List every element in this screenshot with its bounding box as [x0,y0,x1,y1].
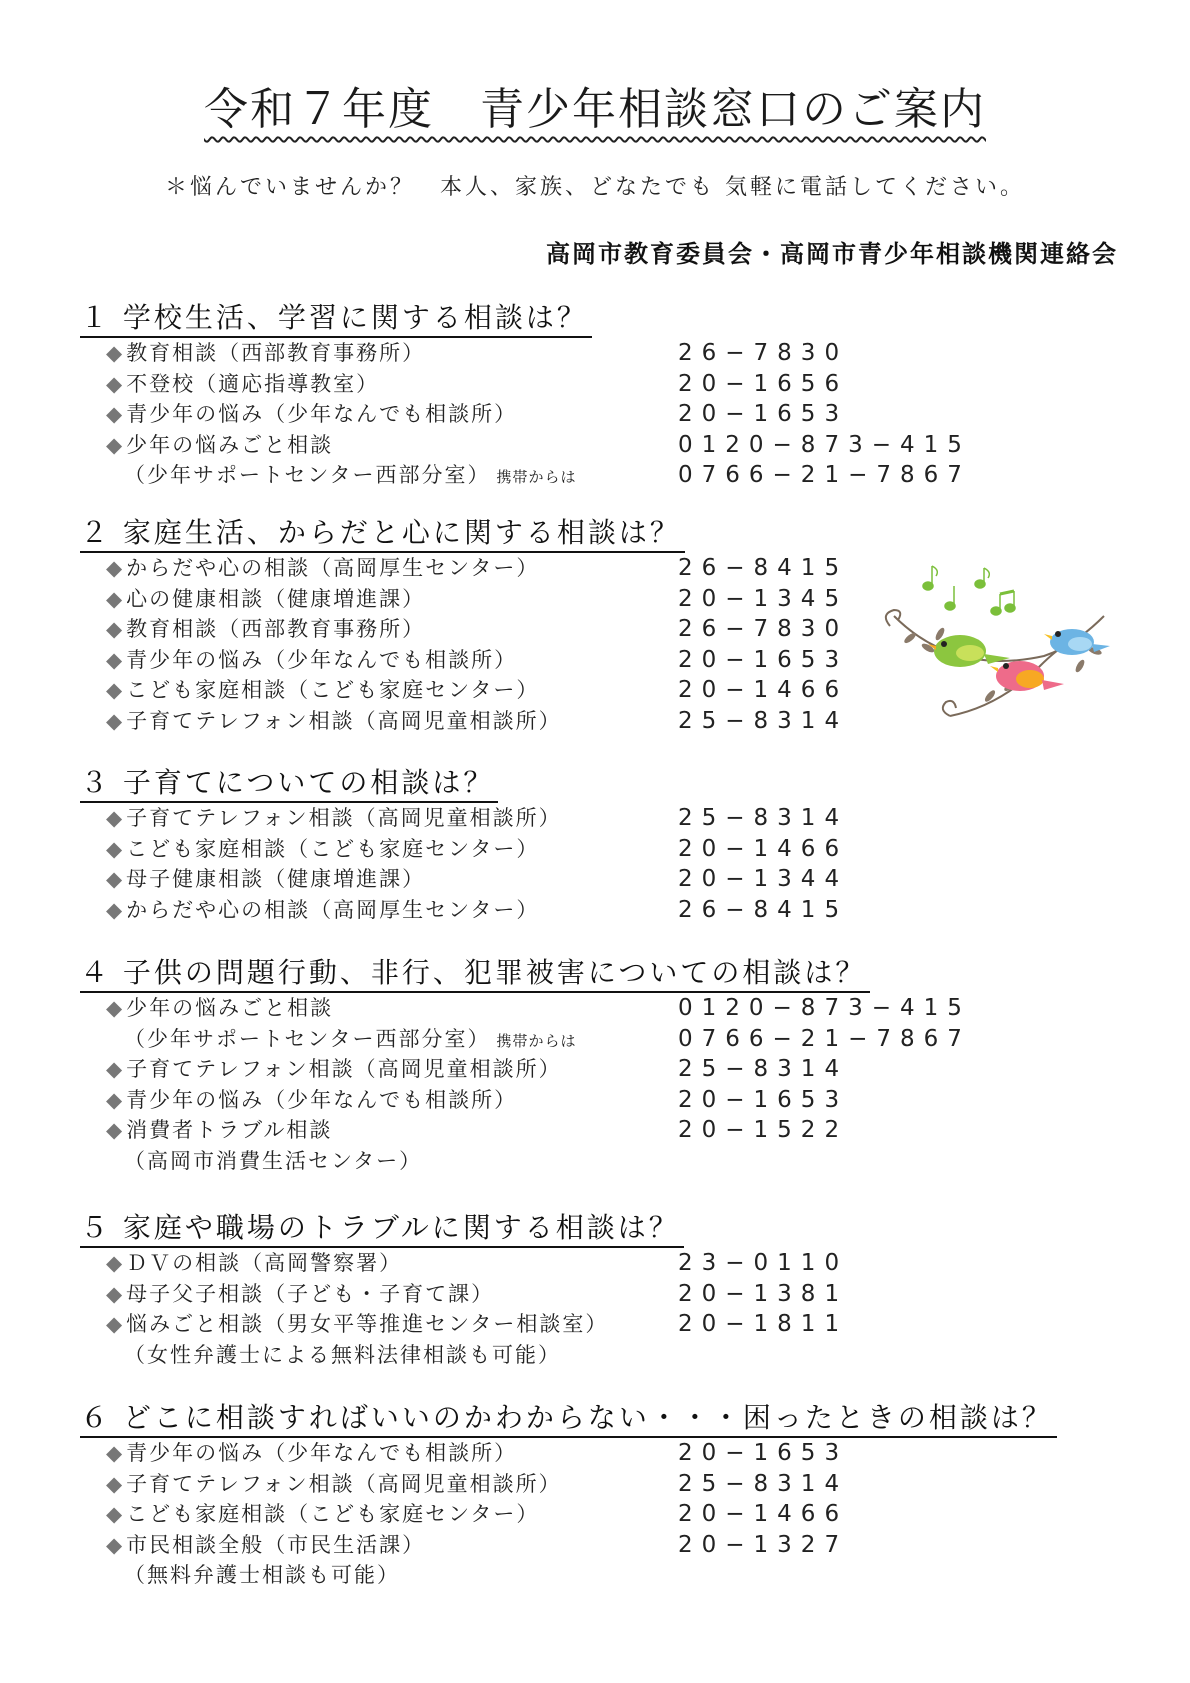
phone-number: 23−0110 [678,1248,848,1278]
contact-row: ◆教育相談（西部教育事務所）26−7830 [80,614,685,645]
section-3: ３ 子育てについての相談は？◆子育てテレフォン相談（高岡児童相談所）25−831… [80,765,498,925]
contact-name: 教育相談（西部教育事務所） [126,617,425,641]
diamond-bullet-icon: ◆ [106,1057,124,1081]
contact-name: （高岡市消費生活センター） [124,1149,422,1173]
contact-name: （女性弁護士による無料法律相談も可能） [124,1343,561,1367]
phone-number: 0120−873−415 [678,430,971,460]
contact-label: ◆母子父子相談（子ども・子育て課） [106,1279,494,1309]
diamond-bullet-icon: ◆ [106,617,124,641]
diamond-bullet-icon: ◆ [106,648,124,672]
subtitle: ＊悩んでいませんか？ 本人、家族、どなたでも 気軽に電話してください。 [0,170,1190,201]
mobile-note: 携帯からは [497,468,577,486]
contact-row: ◆母子健康相談（健康増進課）20−1344 [80,864,498,895]
phone-number: 26−8415 [678,553,848,583]
contact-row: ◆少年の悩みごと相談0120−873−415 [80,430,592,461]
contact-label: ◆少年の悩みごと相談 [106,993,333,1023]
section-heading: １ 学校生活、学習に関する相談は？ [80,300,592,338]
contact-row: ◆子育てテレフォン相談（高岡児童相談所）25−8314 [80,706,685,737]
contact-name: 母子健康相談（健康増進課） [126,867,425,891]
contact-name: 母子父子相談（子ども・子育て課） [126,1282,494,1306]
contact-row: ◆青少年の悩み（少年なんでも相談所）20−1653 [80,1085,870,1116]
contact-label: （女性弁護士による無料法律相談も可能） [124,1340,561,1370]
phone-number: 20−1656 [678,369,848,399]
contact-row: ◆悩みごと相談（男女平等推進センター相談室）20−1811 [80,1309,684,1340]
contact-label: ◆母子健康相談（健康増進課） [106,864,425,894]
diamond-bullet-icon: ◆ [106,587,124,611]
contact-name: 子育てテレフォン相談（高岡児童相談所） [126,1472,562,1496]
contact-label: （少年サポートセンター西部分室）携帯からは [124,460,577,492]
contact-name: 悩みごと相談（男女平等推進センター相談室） [126,1312,608,1336]
contact-label: ◆こども家庭相談（こども家庭センター） [106,834,539,864]
contact-row: ◆不登校（適応指導教室）20−1656 [80,369,592,400]
phone-number: 20−1466 [678,834,848,864]
diamond-bullet-icon: ◆ [106,1118,124,1142]
diamond-bullet-icon: ◆ [106,709,124,733]
contact-row: ◆こども家庭相談（こども家庭センター）20−1466 [80,1499,1057,1530]
contact-name: （少年サポートセンター西部分室） [124,463,491,487]
page-title: 令和７年度 青少年相談窓口のご案内 [0,82,1190,142]
singing-birds-illustration [880,556,1110,721]
contact-row: ◆ＤＶの相談（高岡警察署）23−0110 [80,1248,684,1279]
contact-name: からだや心の相談（高岡厚生センター） [126,556,539,580]
pink-bird-icon [990,661,1064,691]
diamond-bullet-icon: ◆ [106,867,124,891]
contact-label: ◆こども家庭相談（こども家庭センター） [106,675,539,705]
contact-row: ◆教育相談（西部教育事務所）26−7830 [80,338,592,369]
diamond-bullet-icon: ◆ [106,1251,124,1275]
diamond-bullet-icon: ◆ [106,898,124,922]
contact-name: 市民相談全般（市民生活課） [126,1533,425,1557]
contact-label: ◆教育相談（西部教育事務所） [106,338,425,368]
contact-label: ◆こども家庭相談（こども家庭センター） [106,1499,539,1529]
contact-name: 子育てテレフォン相談（高岡児童相談所） [126,1057,562,1081]
diamond-bullet-icon: ◆ [106,678,124,702]
contact-label: ◆青少年の悩み（少年なんでも相談所） [106,1085,517,1115]
mobile-note: 携帯からは [497,1032,577,1050]
contact-row: （無料弁護士相談も可能） [80,1560,1057,1591]
contact-name: ＤＶの相談（高岡警察署） [126,1251,402,1275]
contact-row: ◆青少年の悩み（少年なんでも相談所）20−1653 [80,399,592,430]
diamond-bullet-icon: ◆ [106,1312,124,1336]
contact-name: 教育相談（西部教育事務所） [126,341,425,365]
phone-number: 25−8314 [678,706,848,736]
contact-label: ◆子育てテレフォン相談（高岡児童相談所） [106,1054,562,1084]
diamond-bullet-icon: ◆ [106,1502,124,1526]
phone-number: 20−1466 [678,675,848,705]
contact-label: ◆からだや心の相談（高岡厚生センター） [106,553,539,583]
contact-label: ◆青少年の悩み（少年なんでも相談所） [106,645,517,675]
phone-number: 20−1653 [678,1085,848,1115]
contact-label: ◆市民相談全般（市民生活課） [106,1530,425,1560]
contact-row: （少年サポートセンター西部分室）携帯からは0766−21−7867 [80,1024,870,1055]
phone-number: 20−1653 [678,645,848,675]
phone-number: 26−7830 [678,614,848,644]
contact-row: ◆こども家庭相談（こども家庭センター）20−1466 [80,834,498,865]
section-5: ５ 家庭や職場のトラブルに関する相談は？◆ＤＶの相談（高岡警察署）23−0110… [80,1210,684,1370]
contact-label: ◆子育てテレフォン相談（高岡児童相談所） [106,1469,562,1499]
contact-label: ◆ＤＶの相談（高岡警察署） [106,1248,402,1278]
green-bird-icon [928,635,1010,667]
contact-row: ◆からだや心の相談（高岡厚生センター）26−8415 [80,895,498,926]
contact-name: 消費者トラブル相談 [126,1118,332,1142]
contact-label: ◆少年の悩みごと相談 [106,430,333,460]
diamond-bullet-icon: ◆ [106,1472,124,1496]
contact-label: ◆不登校（適応指導教室） [106,369,379,399]
contact-name: 青少年の悩み（少年なんでも相談所） [126,1441,517,1465]
phone-number: 0766−21−7867 [678,460,971,490]
contact-row: ◆子育てテレフォン相談（高岡児童相談所）25−8314 [80,1469,1057,1500]
phone-number: 20−1344 [678,864,848,894]
phone-number: 20−1653 [678,399,848,429]
contact-row: ◆母子父子相談（子ども・子育て課）20−1381 [80,1279,684,1310]
phone-number: 20−1811 [678,1309,848,1339]
contact-name: 青少年の悩み（少年なんでも相談所） [126,1088,517,1112]
phone-number: 20−1327 [678,1530,848,1560]
diamond-bullet-icon: ◆ [106,1088,124,1112]
diamond-bullet-icon: ◆ [106,341,124,365]
contact-row: （少年サポートセンター西部分室）携帯からは0766−21−7867 [80,460,592,491]
section-1: １ 学校生活、学習に関する相談は？◆教育相談（西部教育事務所）26−7830◆不… [80,300,592,491]
section-6: ６ どこに相談すればいいのかわからない・・・困ったときの相談は？◆青少年の悩み（… [80,1400,1057,1591]
diamond-bullet-icon: ◆ [106,1533,124,1557]
phone-number: 20−1345 [678,584,848,614]
phone-number: 20−1522 [678,1115,848,1145]
contact-name: 不登校（適応指導教室） [126,372,379,396]
contact-row: ◆子育てテレフォン相談（高岡児童相談所）25−8314 [80,803,498,834]
contact-name: こども家庭相談（こども家庭センター） [126,678,539,702]
contact-name: こども家庭相談（こども家庭センター） [126,837,539,861]
organization-name: 高岡市教育委員会・高岡市青少年相談機関連絡会 [546,234,1118,269]
contact-row: ◆市民相談全般（市民生活課）20−1327 [80,1530,1057,1561]
page-title-text: 令和７年度 青少年相談窓口のご案内 [200,82,990,142]
phone-number: 26−8415 [678,895,848,925]
contact-row: ◆心の健康相談（健康増進課）20−1345 [80,584,685,615]
section-4: ４ 子供の問題行動、非行、犯罪被害についての相談は？◆少年の悩みごと相談0120… [80,955,870,1176]
section-heading: ４ 子供の問題行動、非行、犯罪被害についての相談は？ [80,955,870,993]
contact-name: 青少年の悩み（少年なんでも相談所） [126,648,517,672]
contact-row: ◆青少年の悩み（少年なんでも相談所）20−1653 [80,645,685,676]
phone-number: 0120−873−415 [678,993,971,1023]
phone-number: 20−1466 [678,1499,848,1529]
contact-row: （高岡市消費生活センター） [80,1146,870,1177]
contact-row: ◆子育てテレフォン相談（高岡児童相談所）25−8314 [80,1054,870,1085]
section-heading: ２ 家庭生活、からだと心に関する相談は？ [80,515,685,553]
contact-name: こども家庭相談（こども家庭センター） [126,1502,539,1526]
contact-row: ◆からだや心の相談（高岡厚生センター）26−8415 [80,553,685,584]
diamond-bullet-icon: ◆ [106,837,124,861]
contact-name: 子育てテレフォン相談（高岡児童相談所） [126,806,562,830]
contact-row: ◆消費者トラブル相談20−1522 [80,1115,870,1146]
contact-row: （女性弁護士による無料法律相談も可能） [80,1340,684,1371]
contact-name: 心の健康相談（健康増進課） [126,587,425,611]
contact-label: （無料弁護士相談も可能） [124,1560,400,1590]
contact-name: からだや心の相談（高岡厚生センター） [126,898,539,922]
section-2: ２ 家庭生活、からだと心に関する相談は？◆からだや心の相談（高岡厚生センター）2… [80,515,685,736]
diamond-bullet-icon: ◆ [106,556,124,580]
contact-label: ◆心の健康相談（健康増進課） [106,584,425,614]
contact-row: ◆青少年の悩み（少年なんでも相談所）20−1653 [80,1438,1057,1469]
section-heading: ３ 子育てについての相談は？ [80,765,498,803]
contact-label: ◆からだや心の相談（高岡厚生センター） [106,895,539,925]
contact-label: ◆青少年の悩み（少年なんでも相談所） [106,399,517,429]
section-heading: ６ どこに相談すればいいのかわからない・・・困ったときの相談は？ [80,1400,1057,1438]
contact-row: ◆こども家庭相談（こども家庭センター）20−1466 [80,675,685,706]
contact-name: 青少年の悩み（少年なんでも相談所） [126,402,517,426]
contact-row: ◆少年の悩みごと相談0120−873−415 [80,993,870,1024]
diamond-bullet-icon: ◆ [106,1282,124,1306]
contact-label: ◆子育てテレフォン相談（高岡児童相談所） [106,803,562,833]
contact-label: ◆悩みごと相談（男女平等推進センター相談室） [106,1309,608,1339]
section-heading: ５ 家庭や職場のトラブルに関する相談は？ [80,1210,684,1248]
contact-name: 子育てテレフォン相談（高岡児童相談所） [126,709,562,733]
phone-number: 20−1381 [678,1279,848,1309]
contact-name: 少年の悩みごと相談 [126,996,333,1020]
phone-number: 0766−21−7867 [678,1024,971,1054]
contact-label: ◆青少年の悩み（少年なんでも相談所） [106,1438,517,1468]
contact-label: （少年サポートセンター西部分室）携帯からは [124,1024,577,1056]
diamond-bullet-icon: ◆ [106,433,124,457]
phone-number: 25−8314 [678,1469,848,1499]
phone-number: 25−8314 [678,803,848,833]
contact-name: （少年サポートセンター西部分室） [124,1027,491,1051]
diamond-bullet-icon: ◆ [106,996,124,1020]
contact-name: 少年の悩みごと相談 [126,433,333,457]
phone-number: 25−8314 [678,1054,848,1084]
contact-label: ◆子育てテレフォン相談（高岡児童相談所） [106,706,562,736]
diamond-bullet-icon: ◆ [106,372,124,396]
diamond-bullet-icon: ◆ [106,806,124,830]
contact-label: ◆教育相談（西部教育事務所） [106,614,425,644]
phone-number: 26−7830 [678,338,848,368]
contact-label: （高岡市消費生活センター） [124,1146,422,1176]
diamond-bullet-icon: ◆ [106,402,124,426]
contact-name: （無料弁護士相談も可能） [124,1563,400,1587]
music-notes-icon [923,566,1015,615]
diamond-bullet-icon: ◆ [106,1441,124,1465]
phone-number: 20−1653 [678,1438,848,1468]
contact-label: ◆消費者トラブル相談 [106,1115,332,1145]
